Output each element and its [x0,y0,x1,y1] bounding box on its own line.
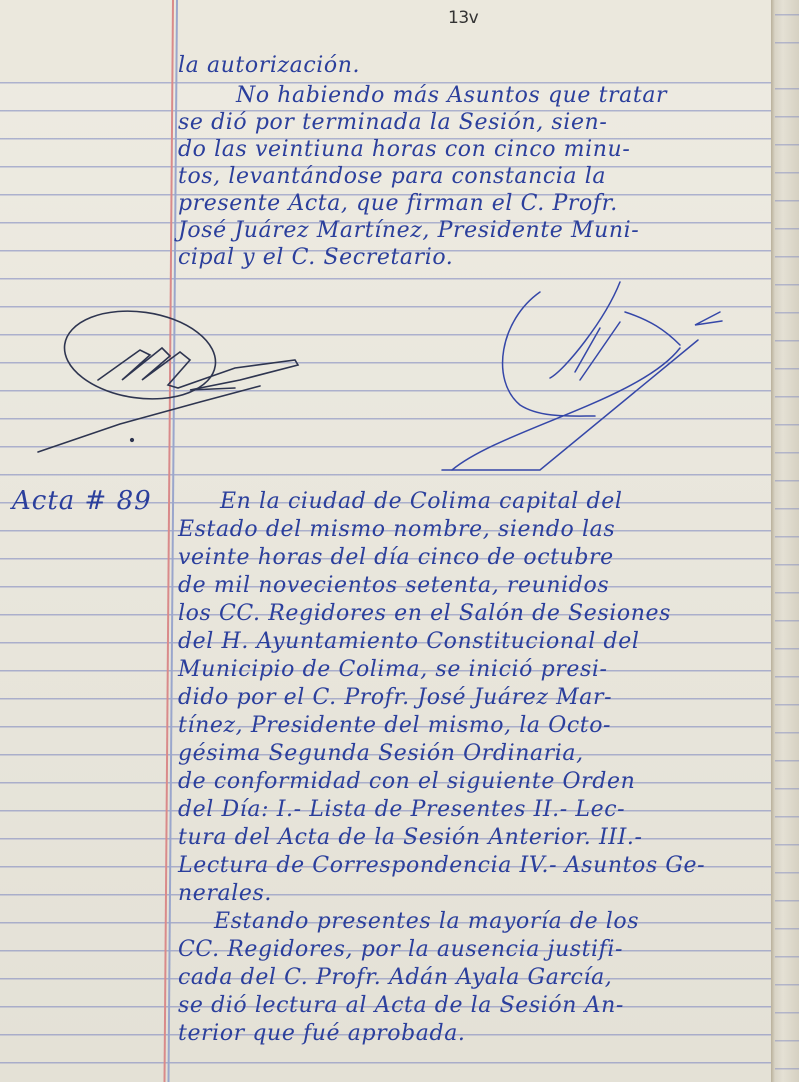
ledger-page: 13v la autorización. No habiendo más Asu… [0,0,771,1082]
text-line: CC. Regidores, por la ausencia justifi- [178,936,623,964]
text-line: de mil novecientos setenta, reunidos [178,572,609,600]
text-line: los CC. Regidores en el Salón de Sesione… [178,600,671,628]
text-line: nerales. [178,880,272,908]
text-line: del H. Ayuntamiento Constitucional del [178,628,639,656]
text-line: se dió lectura al Acta de la Sesión An- [178,992,624,1020]
text-line: Municipio de Colima, se inició presi- [178,656,608,684]
text-line: En la ciudad de Colima capital del [220,488,622,516]
text-line: Estado del mismo nombre, siendo las [178,516,615,544]
text-line: terior que fué aprobada. [178,1020,466,1048]
text-line: dido por el C. Profr. José Juárez Mar- [178,684,612,712]
signature-president [38,302,298,452]
text-line: de conformidad con el siguiente Orden [178,768,635,796]
text-line: del Día: I.- Lista de Presentes II.- Lec… [178,796,625,824]
act-number-label: Acta # 89 [12,486,152,516]
text-line: Estando presentes la mayoría de los [214,908,639,936]
text-line: tura del Acta de la Sesión Anterior. III… [178,824,643,852]
signature-secretary [442,282,722,470]
text-line: cada del C. Profr. Adán Ayala García, [178,964,612,992]
text-line: Lectura de Correspondencia IV.- Asuntos … [178,852,705,880]
text-line: gésima Segunda Sesión Ordinaria, [178,740,584,768]
text-line: tínez, Presidente del mismo, la Octo- [178,712,611,740]
text-line: veinte horas del día cinco de octubre [178,544,614,572]
next-page-lines [775,0,799,1082]
